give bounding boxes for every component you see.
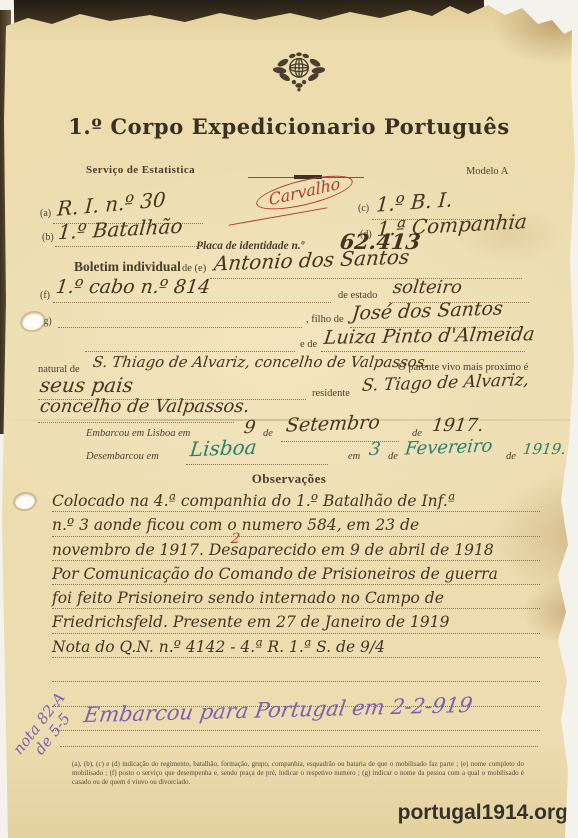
e-de-label: e de xyxy=(300,339,317,350)
desembarcou-de3: de xyxy=(388,451,398,462)
observation-line: Por Comunicação do Comando de Prisioneir… xyxy=(52,561,540,585)
field-c-label: (c) xyxy=(358,203,369,214)
observation-line-empty xyxy=(52,658,540,682)
embarcou-month: Setembro xyxy=(285,411,381,436)
desembarcou-day: 3 xyxy=(368,439,382,460)
field-b-value: 1.º Batalhão xyxy=(57,214,184,245)
observation-line: Friedrichsfeld. Presente em 27 de Janeir… xyxy=(52,609,540,633)
field-f-label: (f) xyxy=(40,290,50,301)
rank-value: 1.º cabo n.º 814 xyxy=(55,276,212,298)
desembarcou-label: Desembarcou em xyxy=(86,451,159,462)
footer-legend: (a), (b), (c) e (d) indicação do regimen… xyxy=(72,760,524,787)
scanned-document: 1.º Corpo Expedicionario Português Servi… xyxy=(0,0,578,838)
residencia-line xyxy=(38,421,234,423)
observations-heading: Observações xyxy=(0,471,578,487)
observation-line: foi feito Prisioneiro sendo internado no… xyxy=(52,585,540,609)
observation-line: n.º 3 aonde ficou com o numero 584, em 2… xyxy=(52,512,540,536)
boletim-de-e-label: de (e) xyxy=(182,263,206,274)
embarcou-label: Embarcou em Lisboa em xyxy=(86,428,190,439)
boletim-label: Boletim individual xyxy=(74,259,181,275)
observation-line: Colocado na 4.ª companhia do 1.º Batalhã… xyxy=(52,488,540,512)
boletim-line xyxy=(210,277,522,279)
mother-name: Luiza Pinto d'Almeida xyxy=(323,323,536,349)
red-correction-mark: 2 xyxy=(230,531,241,547)
mother-line xyxy=(321,350,525,352)
field-g-line xyxy=(58,326,302,328)
punch-hole xyxy=(20,310,46,332)
rank-line xyxy=(53,301,331,303)
model-label: Modelo A xyxy=(466,166,508,177)
observation-line: novembro de 1917. Desaparecido em 9 de a… xyxy=(52,537,540,561)
parente-value: seus pais xyxy=(39,373,135,397)
watermark-site: portugal1914.org xyxy=(330,801,568,825)
observation-line: Nota do Q.N. n.º 4142 - 4.ª R. 1.ª S. de… xyxy=(52,634,540,658)
desembarcou-month: Fevereiro xyxy=(404,435,494,459)
red-signature-flourish xyxy=(229,207,328,225)
desembarcou-place-line xyxy=(186,463,328,465)
document-title: 1.º Corpo Expedicionario Português xyxy=(0,114,578,139)
mother-left-line xyxy=(85,350,295,352)
field-c-value: 1.º B. I. xyxy=(375,187,453,217)
estado-label: de estado xyxy=(338,290,377,301)
punch-hole xyxy=(14,492,36,510)
father-name: José dos Santos xyxy=(351,297,504,324)
field-b-line xyxy=(55,245,207,247)
desembarcou-year: 1919. xyxy=(522,440,567,458)
coat-of-arms-crest-icon xyxy=(272,48,326,96)
observation-bottom-line xyxy=(60,745,538,747)
estado-value: solteiro xyxy=(392,277,464,298)
document-paper: 1.º Corpo Expedicionario Português Servi… xyxy=(0,0,578,838)
fold-crease xyxy=(0,419,578,421)
field-b-label: (b) xyxy=(42,232,54,243)
desembarcou-em-label: em xyxy=(348,451,360,462)
embarcou-de1: de xyxy=(263,428,273,439)
residencia-value2: concelho de Valpassos. xyxy=(39,396,251,417)
service-label: Serviço de Estatistica xyxy=(86,164,195,176)
natural-value: S. Thiago de Alvariz, concelho de Valpas… xyxy=(92,353,431,371)
field-a-label: (a) xyxy=(40,208,51,219)
desembarcou-place: Lisboa xyxy=(189,435,258,461)
residencia-value: S. Tiago de Alvariz, xyxy=(361,370,530,396)
filho-de-label: , filho de xyxy=(306,314,344,325)
desembarcou-de4: de xyxy=(506,451,516,462)
residente-label: residente xyxy=(312,388,350,399)
